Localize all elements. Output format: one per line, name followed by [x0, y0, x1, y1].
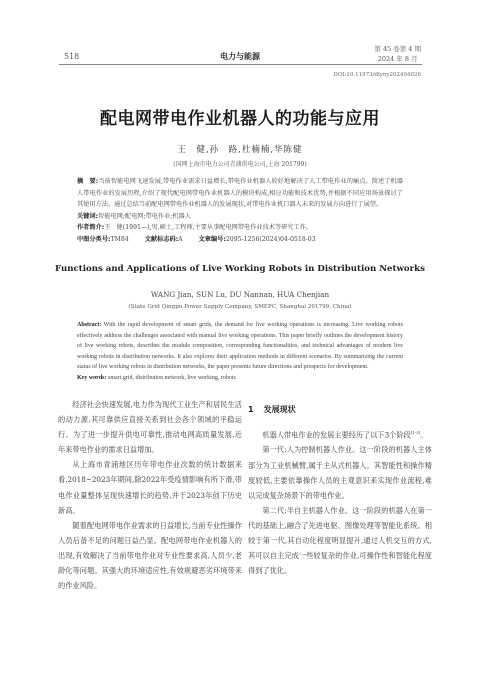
body-paragraph: 经济社会快速发展,电力作为现代工业生产和居民生活的动力源,其可靠供应直接关系到社… — [58, 397, 242, 457]
paragraph-text: 机器人带电作业的发展主要经历了以下3个阶段 — [262, 430, 410, 439]
section-number: 1 — [248, 405, 254, 414]
header-rule — [59, 64, 422, 65]
affiliation-chinese: (国网上海市电力公司青浦供电公司,上海 201799) — [0, 159, 480, 168]
author-bio-text: 王 健(1991—),男,硕士,工程师,主要从事配电网带电作业技术等研究工作。 — [104, 224, 312, 231]
title-chinese: 配电网带电作业机器人的功能与应用 — [0, 104, 480, 129]
volume-issue: 第 45 卷第 4 期 — [374, 44, 421, 54]
article-no-value: 2095-1256(2024)04-0518-03 — [226, 236, 316, 243]
body-paragraph: 机器人带电作业的发展主要经历了以下3个阶段[1-3]。 — [248, 425, 432, 442]
abstract-chinese: 摘 要:当前智能电网飞速发展,带电作业需求日益增长,带电作业机器人较好地解决了人… — [77, 176, 403, 211]
body-column-right: 机器人带电作业的发展主要经历了以下3个阶段[1-3]。 第一代:人为控制机器人作… — [248, 425, 432, 578]
authors-chinese: 王 健,孙 路,杜楠楠,华陈健 — [0, 143, 480, 155]
affiliation-english: (State Grid Qingpu Power Supply Company,… — [0, 304, 480, 310]
classification-line: 中图分类号:TM84 文献标志码:A 文章编号:2095-1256(2024)0… — [77, 234, 403, 246]
author-bio: 作者简介:王 健(1991—),男,硕士,工程师,主要从事配电网带电作业技术等研… — [77, 222, 403, 234]
abstract-english: Abstract: With the rapid development of … — [77, 320, 403, 373]
doc-code-value: A — [178, 236, 182, 243]
section-title: 发展现状 — [264, 405, 296, 414]
keywords-en-text: smart grid, distribution network, live w… — [108, 375, 236, 381]
author-bio-label: 作者简介: — [77, 224, 104, 231]
keywords-english: Key words: smart grid, distribution netw… — [77, 373, 403, 384]
keywords-chinese: 关键词:智能电网;配电网;带电作业;机器人 — [77, 211, 403, 223]
abstract-block-english: Abstract: With the rapid development of … — [77, 320, 403, 383]
clc-value: TM84 — [110, 236, 128, 243]
body-paragraph: 第二代:半自主机器人作业。这一阶段的机器人在第一代的基础上,融合了先进电驱、图像… — [248, 503, 432, 578]
section-heading: 1发展现状 — [248, 404, 296, 415]
body-paragraph: 随着配电网带电作业需求的日益增长,当前专业性操作人员后备不足的问题日益凸显。配电… — [58, 518, 242, 593]
doi: DOI:10.11973/dlyny202404026 — [333, 72, 421, 78]
authors-english: WANG Jian, SUN Lu, DU Nannan, HUA Chenji… — [0, 290, 480, 299]
paragraph-end: 。 — [420, 430, 427, 439]
body-paragraph: 第一代:人为控制机器人作业。这一阶段的机器人主体部分为工业机械臂,属于主从式机器… — [248, 442, 432, 502]
keywords-en-label: Key words: — [77, 375, 107, 381]
abstract-text: 当前智能电网飞速发展,带电作业需求日益增长,带电作业机器人较好地解决了人工带电作… — [77, 178, 403, 208]
title-english: Functions and Applications of Live Worki… — [0, 264, 480, 274]
article-no-label: 文章编号: — [199, 236, 226, 243]
issue-info: 第 45 卷第 4 期 2024 年 8 月 — [374, 44, 421, 64]
abstract-en-text: With the rapid development of smart grid… — [77, 322, 403, 370]
keywords-label: 关键词: — [77, 213, 98, 220]
doc-code-label: 文献标志码: — [145, 236, 178, 243]
body-column-left: 经济社会快速发展,电力作为现代工业生产和居民生活的动力源,其可靠供应直接关系到社… — [58, 397, 242, 593]
issue-date: 2024 年 8 月 — [374, 54, 421, 64]
clc-label: 中图分类号: — [77, 236, 110, 243]
keywords-text: 智能电网;配电网;带电作业;机器人 — [98, 213, 191, 220]
abstract-en-label: Abstract: — [77, 322, 101, 328]
citation[interactable]: [1-3] — [411, 430, 421, 435]
abstract-label: 摘 要: — [77, 178, 98, 185]
body-paragraph: 从上海市青浦地区历年带电作业次数的统计数据来看,2018~2023年期间,除20… — [58, 457, 242, 517]
abstract-block-chinese: 摘 要:当前智能电网飞速发展,带电作业需求日益增长,带电作业机器人较好地解决了人… — [77, 176, 403, 246]
